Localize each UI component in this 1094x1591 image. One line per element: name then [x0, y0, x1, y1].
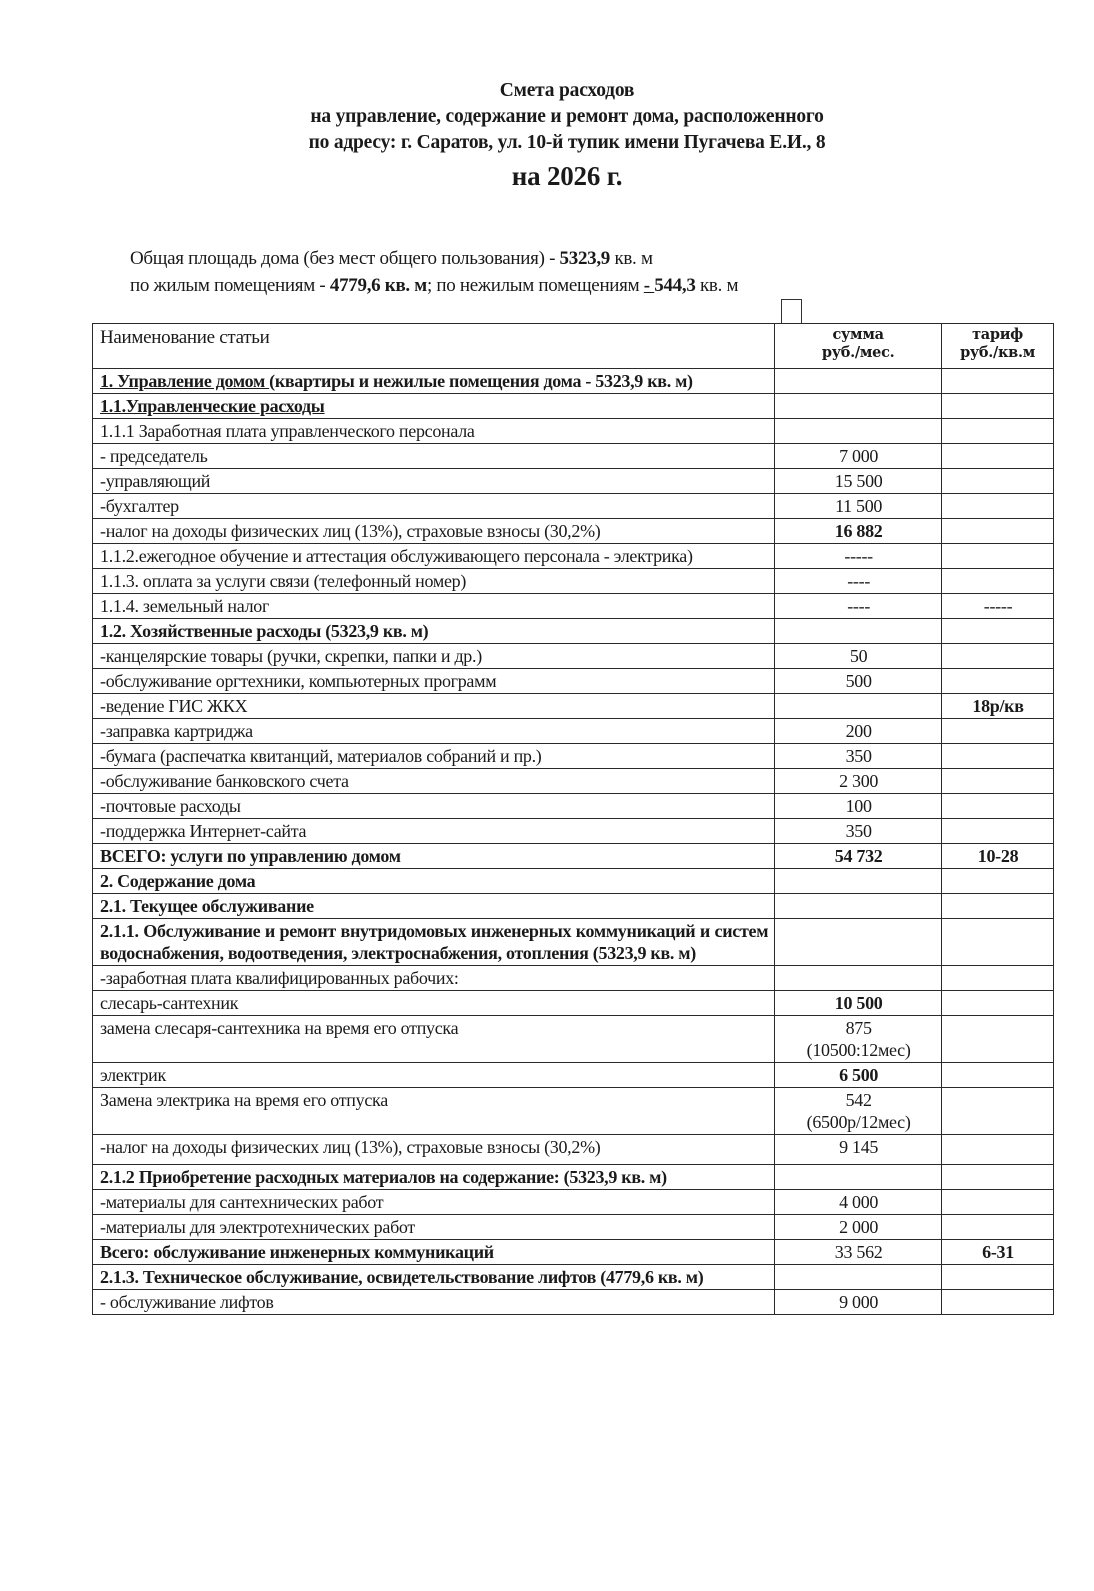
- table-row: -заработная плата квалифицированных рабо…: [93, 966, 1054, 991]
- table-row: - обслуживание лифтов9 000: [93, 1290, 1054, 1315]
- row-name-text: -бумага (распечатка квитанций, материало…: [100, 746, 542, 766]
- row-sum-value: 875: [782, 1017, 935, 1039]
- header-sum-line1: сумма: [777, 326, 939, 344]
- row-name-text: -управляющий: [100, 471, 210, 491]
- row-tariff: [942, 544, 1054, 569]
- row-tariff: [942, 919, 1054, 966]
- header-sum-line2: руб./мес.: [777, 344, 939, 362]
- row-tariff: [942, 966, 1054, 991]
- row-sum: 350: [775, 819, 942, 844]
- row-name: 1. Управление домом (квартиры и нежилые …: [93, 369, 775, 394]
- row-name: -материалы для сантехнических работ: [93, 1190, 775, 1215]
- row-sum-value: 9 145: [782, 1136, 935, 1158]
- row-name-text: 2.1.1. Обслуживание и ремонт внутридомов…: [100, 921, 768, 963]
- table-row: замена слесаря-сантехника на время его о…: [93, 1016, 1054, 1063]
- row-sum: [775, 419, 942, 444]
- row-sum: 7 000: [775, 444, 942, 469]
- row-sum: ----: [775, 569, 942, 594]
- nonresidential-dash: -: [644, 275, 654, 296]
- title-year: на 2026 г.: [0, 158, 1094, 194]
- table-row: Всего: обслуживание инженерных коммуника…: [93, 1240, 1054, 1265]
- row-sum: 54 732: [775, 844, 942, 869]
- row-tariff: [942, 619, 1054, 644]
- table-row: слесарь-сантехник10 500: [93, 991, 1054, 1016]
- row-sum-value: ----: [782, 595, 935, 617]
- row-sum: 200: [775, 719, 942, 744]
- row-name-text: - председатель: [100, 446, 208, 466]
- row-sum: 6 500: [775, 1063, 942, 1088]
- row-name-text: 1.2. Хозяйственные расходы (5323,9 кв. м…: [100, 621, 428, 641]
- row-name: -почтовые расходы: [93, 794, 775, 819]
- row-tariff: 6-31: [942, 1240, 1054, 1265]
- row-sum-note: (6500р/12мес): [782, 1111, 935, 1133]
- row-tariff: [942, 644, 1054, 669]
- row-name: 1.1.3. оплата за услуги связи (телефонны…: [93, 569, 775, 594]
- row-sum: [775, 919, 942, 966]
- row-name-text: 1.1.3. оплата за услуги связи (телефонны…: [100, 571, 466, 591]
- row-sum-value: 350: [782, 745, 935, 767]
- row-name-text: 2. Содержание дома: [100, 871, 255, 891]
- row-sum-value: 500: [782, 670, 935, 692]
- row-sum: [775, 869, 942, 894]
- row-sum-value: 4 000: [782, 1191, 935, 1213]
- table-row: 1.1.4. земельный налог---------: [93, 594, 1054, 619]
- header-tariff-line2: руб./кв.м: [944, 344, 1051, 362]
- row-tariff: 18р/кв: [942, 694, 1054, 719]
- row-name: замена слесаря-сантехника на время его о…: [93, 1016, 775, 1063]
- row-name-underlined: 1. Управление домом: [100, 371, 269, 391]
- row-sum-value: 2 300: [782, 770, 935, 792]
- row-tariff: [942, 794, 1054, 819]
- row-name-text: -заработная плата квалифицированных рабо…: [100, 968, 459, 988]
- row-tariff: [942, 744, 1054, 769]
- row-sum: 4 000: [775, 1190, 942, 1215]
- row-sum: 542(6500р/12мес): [775, 1088, 942, 1135]
- row-tariff: [942, 394, 1054, 419]
- table-row: -заправка картриджа200: [93, 719, 1054, 744]
- title-line-1: Смета расходов: [0, 78, 1094, 104]
- row-name-text: (квартиры и нежилые помещения дома - 532…: [269, 371, 693, 391]
- row-name-text: -заправка картриджа: [100, 721, 253, 741]
- row-tariff: [942, 469, 1054, 494]
- row-tariff: [942, 719, 1054, 744]
- row-sum-value: 10 500: [782, 992, 935, 1014]
- row-name-text: -канцелярские товары (ручки, скрепки, па…: [100, 646, 482, 666]
- row-name: -обслуживание банковского счета: [93, 769, 775, 794]
- row-tariff: [942, 444, 1054, 469]
- table-row: -бумага (распечатка квитанций, материало…: [93, 744, 1054, 769]
- area-info: Общая площадь дома (без мест общего поль…: [130, 245, 738, 299]
- row-tariff: [942, 369, 1054, 394]
- checkbox-mark: [781, 299, 802, 324]
- table-row: -материалы для сантехнических работ4 000: [93, 1190, 1054, 1215]
- nonresidential-area-value: 544,3: [654, 275, 695, 296]
- row-name: -налог на доходы физических лиц (13%), с…: [93, 519, 775, 544]
- residential-area-value: 4779,6 кв. м: [330, 275, 427, 296]
- row-name-text: электрик: [100, 1065, 166, 1085]
- row-name-text: -налог на доходы физических лиц (13%), с…: [100, 1137, 600, 1157]
- row-name: -заработная плата квалифицированных рабо…: [93, 966, 775, 991]
- row-name-text: -материалы для сантехнических работ: [100, 1192, 383, 1212]
- row-name-text: 1.1.4. земельный налог: [100, 596, 269, 616]
- row-name-text: Замена электрика на время его отпуска: [100, 1090, 388, 1110]
- row-sum: 9 145: [775, 1135, 942, 1165]
- row-tariff: -----: [942, 594, 1054, 619]
- row-name: -управляющий: [93, 469, 775, 494]
- row-name: слесарь-сантехник: [93, 991, 775, 1016]
- nonresidential-area-unit: кв. м: [696, 275, 739, 296]
- residential-area-label: по жилым помещениям -: [130, 275, 330, 296]
- row-sum-value: 33 562: [782, 1241, 935, 1263]
- row-sum: [775, 394, 942, 419]
- row-name: 1.1.2.ежегодное обучение и аттестация об…: [93, 544, 775, 569]
- row-tariff: [942, 869, 1054, 894]
- table-row: -налог на доходы физических лиц (13%), с…: [93, 519, 1054, 544]
- table-row: 1.1.1 Заработная плата управленческого п…: [93, 419, 1054, 444]
- row-name: 1.1.Управленческие расходы: [93, 394, 775, 419]
- row-sum: ----: [775, 594, 942, 619]
- row-sum: [775, 966, 942, 991]
- row-sum-value: 350: [782, 820, 935, 842]
- total-area-label: Общая площадь дома (без мест общего поль…: [130, 248, 560, 269]
- row-name: -налог на доходы физических лиц (13%), с…: [93, 1135, 775, 1165]
- row-sum: 16 882: [775, 519, 942, 544]
- row-sum: 875(10500:12мес): [775, 1016, 942, 1063]
- row-sum: 11 500: [775, 494, 942, 519]
- row-name: ВСЕГО: услуги по управлению домом: [93, 844, 775, 869]
- row-sum: 2 300: [775, 769, 942, 794]
- row-sum-note: (10500:12мес): [782, 1039, 935, 1061]
- row-tariff: [942, 419, 1054, 444]
- table-row: -ведение ГИС ЖКХ18р/кв: [93, 694, 1054, 719]
- row-name: -обслуживание оргтехники, компьютерных п…: [93, 669, 775, 694]
- row-sum: 500: [775, 669, 942, 694]
- row-sum-value: -----: [782, 545, 935, 567]
- row-name: 1.2. Хозяйственные расходы (5323,9 кв. м…: [93, 619, 775, 644]
- row-tariff: [942, 1290, 1054, 1315]
- row-name-text: 1.1.2.ежегодное обучение и аттестация об…: [100, 546, 693, 566]
- row-tariff: [942, 894, 1054, 919]
- row-name-text: 2.1.3. Техническое обслуживание, освидет…: [100, 1267, 703, 1287]
- header-tariff: тариф руб./кв.м: [942, 324, 1054, 369]
- row-sum: [775, 694, 942, 719]
- table-header-row: Наименование статьи сумма руб./мес. тари…: [93, 324, 1054, 369]
- row-name: - обслуживание лифтов: [93, 1290, 775, 1315]
- row-tariff: [942, 1135, 1054, 1165]
- row-sum-value: 54 732: [782, 845, 935, 867]
- row-name: 2. Содержание дома: [93, 869, 775, 894]
- table-row: 2.1.3. Техническое обслуживание, освидет…: [93, 1265, 1054, 1290]
- title-line-3: по адресу: г. Саратов, ул. 10-й тупик им…: [0, 130, 1094, 156]
- table-row: -обслуживание оргтехники, компьютерных п…: [93, 669, 1054, 694]
- title-line-2: на управление, содержание и ремонт дома,…: [0, 104, 1094, 130]
- row-sum: 100: [775, 794, 942, 819]
- row-tariff: [942, 1265, 1054, 1290]
- row-sum-value: 100: [782, 795, 935, 817]
- row-name: электрик: [93, 1063, 775, 1088]
- table-row: 1.1.2.ежегодное обучение и аттестация об…: [93, 544, 1054, 569]
- row-tariff: [942, 669, 1054, 694]
- row-name-text: -налог на доходы физических лиц (13%), с…: [100, 521, 600, 541]
- row-name-text: -обслуживание банковского счета: [100, 771, 349, 791]
- row-name-text: -ведение ГИС ЖКХ: [100, 696, 247, 716]
- row-tariff: [942, 1215, 1054, 1240]
- row-name: -канцелярские товары (ручки, скрепки, па…: [93, 644, 775, 669]
- table-row: ВСЕГО: услуги по управлению домом54 7321…: [93, 844, 1054, 869]
- row-name-text: - обслуживание лифтов: [100, 1292, 274, 1312]
- row-sum: 2 000: [775, 1215, 942, 1240]
- row-sum: [775, 619, 942, 644]
- row-name: Замена электрика на время его отпуска: [93, 1088, 775, 1135]
- row-sum: 33 562: [775, 1240, 942, 1265]
- table-row: 1.2. Хозяйственные расходы (5323,9 кв. м…: [93, 619, 1054, 644]
- row-name-text: слесарь-сантехник: [100, 993, 238, 1013]
- row-tariff: [942, 519, 1054, 544]
- row-name-text: -материалы для электротехнических работ: [100, 1217, 415, 1237]
- table-row: 2. Содержание дома: [93, 869, 1054, 894]
- table-row: 2.1. Текущее обслуживание: [93, 894, 1054, 919]
- table-row: -поддержка Интернет-сайта350: [93, 819, 1054, 844]
- row-sum-value: 6 500: [782, 1064, 935, 1086]
- row-sum-value: 15 500: [782, 470, 935, 492]
- row-sum-value: ----: [782, 570, 935, 592]
- header-sum: сумма руб./мес.: [775, 324, 942, 369]
- table-row: 1.1.Управленческие расходы: [93, 394, 1054, 419]
- row-sum: -----: [775, 544, 942, 569]
- row-sum: [775, 369, 942, 394]
- row-tariff: 10-28: [942, 844, 1054, 869]
- row-tariff: [942, 1165, 1054, 1190]
- row-sum: 350: [775, 744, 942, 769]
- row-name-underlined: 1.1.Управленческие расходы: [100, 396, 325, 416]
- table-row: 2.1.1. Обслуживание и ремонт внутридомов…: [93, 919, 1054, 966]
- row-sum: 50: [775, 644, 942, 669]
- row-name-text: 2.1. Текущее обслуживание: [100, 896, 314, 916]
- row-name: -поддержка Интернет-сайта: [93, 819, 775, 844]
- table-row: -налог на доходы физических лиц (13%), с…: [93, 1135, 1054, 1165]
- row-tariff: [942, 1088, 1054, 1135]
- total-area-line: Общая площадь дома (без мест общего поль…: [130, 245, 738, 272]
- split-area-line: по жилым помещениям - 4779,6 кв. м; по н…: [130, 272, 738, 299]
- row-sum: 9 000: [775, 1290, 942, 1315]
- table-row: -управляющий15 500: [93, 469, 1054, 494]
- row-name: 2.1.1. Обслуживание и ремонт внутридомов…: [93, 919, 775, 966]
- row-tariff: [942, 1190, 1054, 1215]
- row-name: -заправка картриджа: [93, 719, 775, 744]
- table-row: Замена электрика на время его отпуска542…: [93, 1088, 1054, 1135]
- row-sum: 10 500: [775, 991, 942, 1016]
- row-name-text: Всего: обслуживание инженерных коммуника…: [100, 1242, 494, 1262]
- row-tariff: [942, 569, 1054, 594]
- nonresidential-area-label: ; по нежилым помещениям: [427, 275, 644, 296]
- total-area-value: 5323,9: [560, 248, 610, 269]
- row-tariff: [942, 991, 1054, 1016]
- row-sum-value: 16 882: [782, 520, 935, 542]
- row-name-text: 1.1.1 Заработная плата управленческого п…: [100, 421, 475, 441]
- row-sum: [775, 1165, 942, 1190]
- row-name: 2.1. Текущее обслуживание: [93, 894, 775, 919]
- table-row: -канцелярские товары (ручки, скрепки, па…: [93, 644, 1054, 669]
- row-name: -бухгалтер: [93, 494, 775, 519]
- row-tariff: [942, 1063, 1054, 1088]
- row-tariff: [942, 1016, 1054, 1063]
- row-sum-value: 50: [782, 645, 935, 667]
- row-sum-value: 542: [782, 1089, 935, 1111]
- row-name-text: -поддержка Интернет-сайта: [100, 821, 306, 841]
- table-row: электрик6 500: [93, 1063, 1054, 1088]
- row-sum: [775, 1265, 942, 1290]
- budget-table: Наименование статьи сумма руб./мес. тари…: [92, 323, 1054, 1315]
- row-name: - председатель: [93, 444, 775, 469]
- table-row: -бухгалтер11 500: [93, 494, 1054, 519]
- row-tariff: [942, 819, 1054, 844]
- row-name-text: -почтовые расходы: [100, 796, 241, 816]
- table-row: -почтовые расходы100: [93, 794, 1054, 819]
- row-name: -материалы для электротехнических работ: [93, 1215, 775, 1240]
- row-name: 1.1.4. земельный налог: [93, 594, 775, 619]
- row-sum-value: 9 000: [782, 1291, 935, 1313]
- row-name-text: -бухгалтер: [100, 496, 179, 516]
- row-name-text: 2.1.2 Приобретение расходных материалов …: [100, 1167, 667, 1187]
- row-sum: 15 500: [775, 469, 942, 494]
- row-tariff: [942, 494, 1054, 519]
- row-name-text: -обслуживание оргтехники, компьютерных п…: [100, 671, 496, 691]
- row-sum: [775, 894, 942, 919]
- row-sum-value: 11 500: [782, 495, 935, 517]
- row-name-text: ВСЕГО: услуги по управлению домом: [100, 846, 401, 866]
- row-name: 2.1.3. Техническое обслуживание, освидет…: [93, 1265, 775, 1290]
- row-sum-value: 200: [782, 720, 935, 742]
- row-name: Всего: обслуживание инженерных коммуника…: [93, 1240, 775, 1265]
- document-title: Смета расходов на управление, содержание…: [0, 78, 1094, 194]
- total-area-unit: кв. м: [610, 248, 653, 269]
- row-name: -ведение ГИС ЖКХ: [93, 694, 775, 719]
- row-name: 1.1.1 Заработная плата управленческого п…: [93, 419, 775, 444]
- table-row: - председатель7 000: [93, 444, 1054, 469]
- table-row: 1.1.3. оплата за услуги связи (телефонны…: [93, 569, 1054, 594]
- row-name-text: замена слесаря-сантехника на время его о…: [100, 1018, 458, 1038]
- row-name: -бумага (распечатка квитанций, материало…: [93, 744, 775, 769]
- header-name: Наименование статьи: [93, 324, 775, 369]
- table-row: -обслуживание банковского счета2 300: [93, 769, 1054, 794]
- table-row: 2.1.2 Приобретение расходных материалов …: [93, 1165, 1054, 1190]
- table-row: 1. Управление домом (квартиры и нежилые …: [93, 369, 1054, 394]
- row-name: 2.1.2 Приобретение расходных материалов …: [93, 1165, 775, 1190]
- row-sum-value: 2 000: [782, 1216, 935, 1238]
- row-sum-value: 7 000: [782, 445, 935, 467]
- row-tariff: [942, 769, 1054, 794]
- table-row: -материалы для электротехнических работ2…: [93, 1215, 1054, 1240]
- header-tariff-line1: тариф: [944, 326, 1051, 344]
